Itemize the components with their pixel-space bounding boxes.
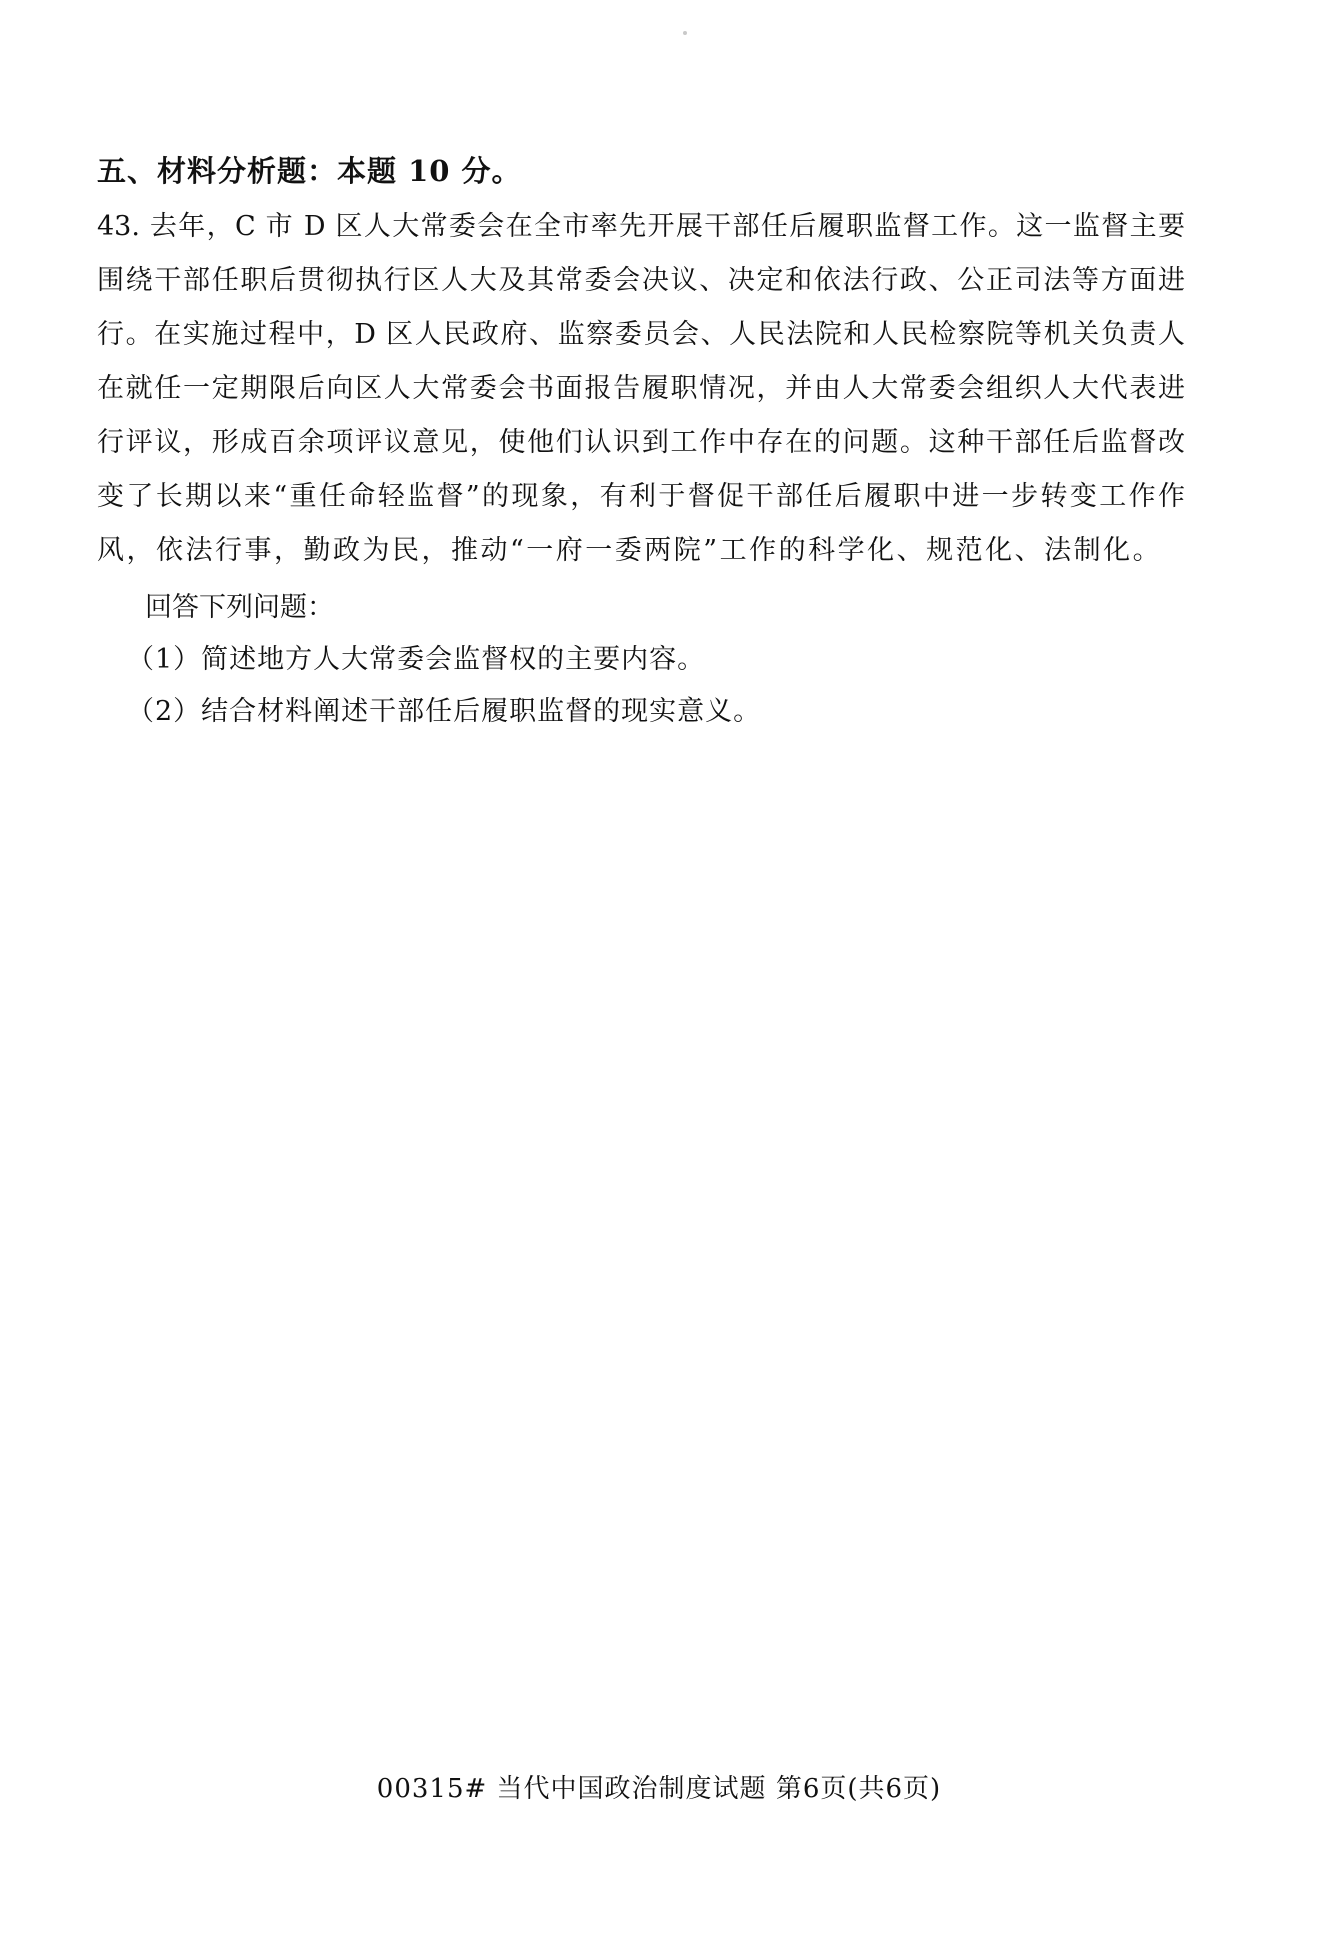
questions-block: 回答下列问题： （1）简述地方人大常委会监督权的主要内容。 （2）结合材料阐述干… [97,582,1185,738]
material-line: 在就任一定期限后向区人大常委会书面报告履职情况，并由人大常委会组织人大代表进 [97,362,1185,416]
exam-content: 五、材料分析题：本题 10 分。 43. 去年，C 市 D 区人大常委会在全市率… [97,150,1185,738]
material-line: 43. 去年，C 市 D 区人大常委会在全市率先开展干部任后履职监督工作。这一监… [97,200,1185,254]
material-line: 行评议，形成百余项评议意见，使他们认识到工作中存在的问题。这种干部任后监督改 [97,416,1185,470]
questions-prompt: 回答下列问题： [97,582,1185,634]
exam-paper-page: 五、材料分析题：本题 10 分。 43. 去年，C 市 D 区人大常委会在全市率… [0,0,1318,1945]
page-footer: 00315# 当代中国政治制度试题 第6页(共6页) [0,1768,1318,1805]
material-line: 风，依法行事，勤政为民，推动“一府一委两院”工作的科学化、规范化、法制化。 [97,524,1185,578]
section-heading: 五、材料分析题：本题 10 分。 [97,150,1185,192]
material-line: 行。在实施过程中，D 区人民政府、监察委员会、人民法院和人民检察院等机关负责人 [97,308,1185,362]
material-line: 围绕干部任职后贯彻执行区人大及其常委会决议、决定和依法行政、公正司法等方面进 [97,254,1185,308]
material-paragraph: 43. 去年，C 市 D 区人大常委会在全市率先开展干部任后履职监督工作。这一监… [97,200,1185,578]
material-line: 变了长期以来“重任命轻监督”的现象，有利于督促干部任后履职中进一步转变工作作 [97,470,1185,524]
subquestion-1: （1）简述地方人大常委会监督权的主要内容。 [97,634,1185,686]
subquestion-2: （2）结合材料阐述干部任后履职监督的现实意义。 [97,686,1185,738]
scan-artifact-dot [683,31,687,35]
